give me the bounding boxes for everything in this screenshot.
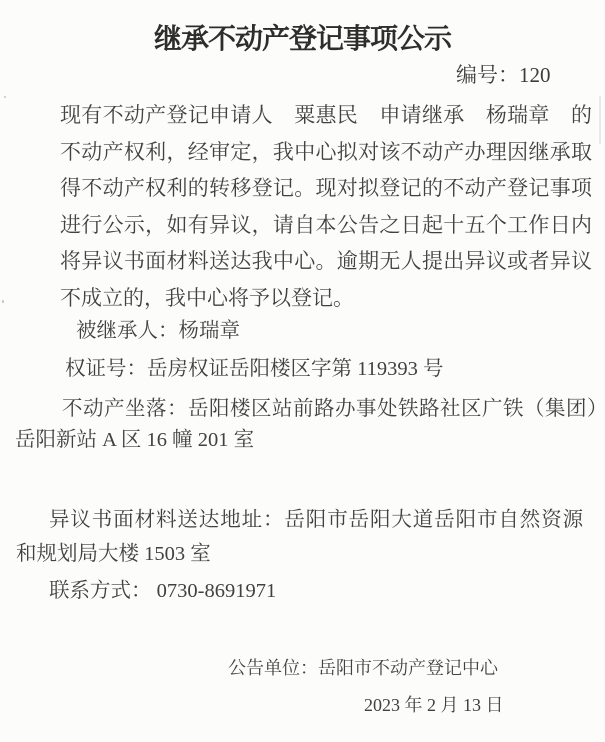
body-line-5: 将异议书面材料送达我中心。逾期无人提出异议或者异议	[60, 243, 592, 280]
body-line-4: 进行公示，如有异议，请自本公告之日起十五个工作日内	[60, 207, 592, 244]
body-line-2: 不动产权利，经审定，我中心拟对该不动产办理因继承取	[60, 134, 592, 171]
field-decedent: 被继承人：杨瑞章	[76, 319, 240, 343]
field-contact-phone: 联系方式： 0730-8691971	[49, 579, 276, 603]
body-line-3: 得不动产权利的转移登记。现对拟登记的不动产登记事项	[60, 170, 592, 207]
footer-date: 2023 年 2 月 13 日	[364, 694, 504, 716]
body-line-1: 现有不动产登记申请人 粟惠民 申请继承 杨瑞章 的	[60, 97, 592, 134]
footer-issuer: 公告单位：岳阳市不动产登记中心	[228, 657, 498, 679]
field-objection-address-line1: 异议书面材料送达地址：岳阳市岳阳大道岳阳市自然资源	[49, 508, 584, 532]
scan-artifact	[4, 96, 6, 98]
scanned-notice-page: 继承不动产登记事项公示 编号：120 现有不动产登记申请人 粟惠民 申请继承 杨…	[0, 0, 605, 742]
field-objection-address-line2: 和规划局大楼 1503 室	[16, 542, 211, 566]
body-line-6: 不成立的，我中心将予以登记。	[60, 280, 592, 317]
scan-artifact	[599, 96, 601, 144]
notice-body-paragraph: 现有不动产登记申请人 粟惠民 申请继承 杨瑞章 的 不动产权利，经审定，我中心拟…	[60, 97, 592, 317]
field-property-location-line2: 岳阳新站 A 区 16 幢 201 室	[15, 428, 254, 452]
page-title: 继承不动产登记事项公示	[0, 17, 605, 57]
field-property-location-line1: 不动产坐落：岳阳楼区站前路办事处铁路社区广铁（集团）	[62, 397, 605, 421]
field-certificate-number: 权证号：岳房权证岳阳楼区字第 119393 号	[65, 357, 444, 381]
scan-artifact	[2, 300, 4, 303]
doc-number: 编号：120	[456, 59, 551, 89]
